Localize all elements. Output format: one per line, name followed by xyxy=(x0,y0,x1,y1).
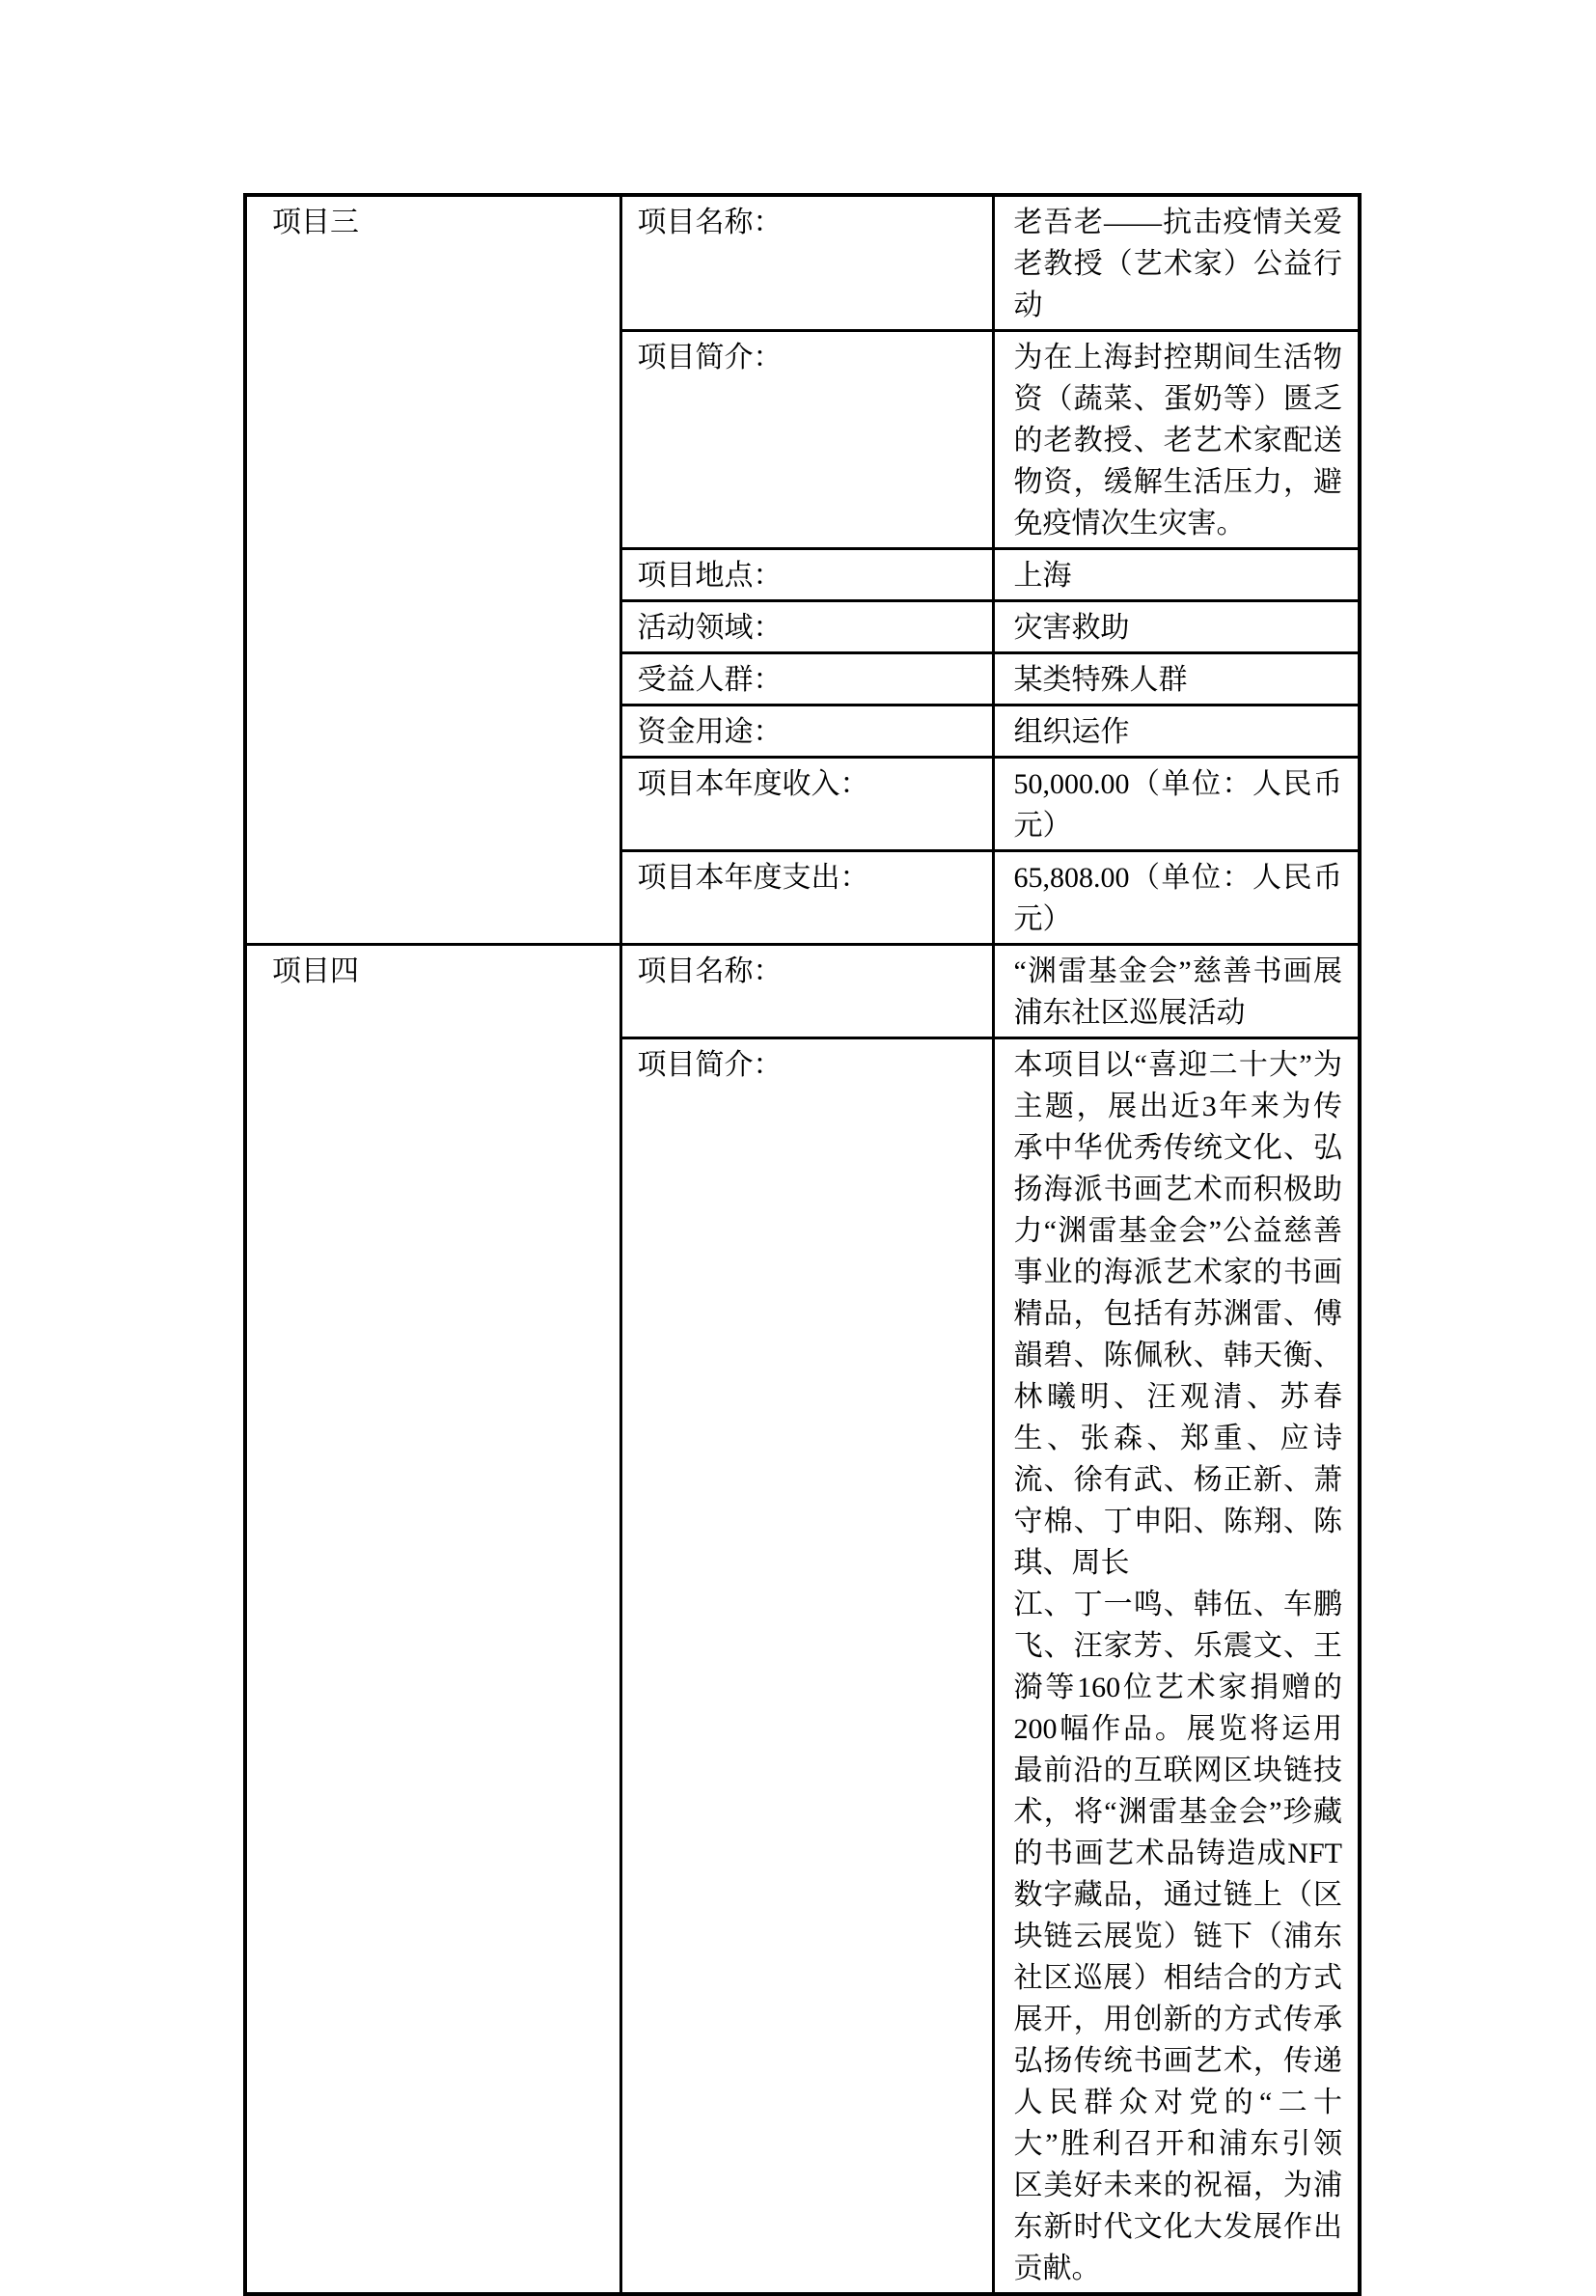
field-label-cell: 项目本年度收入： xyxy=(620,758,993,851)
field-value-cell: 灾害救助 xyxy=(993,601,1360,653)
project-group-cell: 项目四 xyxy=(245,945,620,2295)
field-value-cell: 组织运作 xyxy=(993,705,1360,758)
projects-table: 项目三 项目名称： 老吾老——抗击疫情关爱老教授（艺术家）公益行动 项目简介： … xyxy=(243,193,1362,2296)
field-label-cell: 项目本年度支出： xyxy=(620,851,993,945)
field-label-cell: 项目简介： xyxy=(620,331,993,549)
field-value-cell: 某类特殊人群 xyxy=(993,653,1360,705)
field-value-cell: 为在上海封控期间生活物资（蔬菜、蛋奶等）匮乏的老教授、老艺术家配送物资，缓解生活… xyxy=(993,331,1360,549)
table-row: 项目三 项目名称： 老吾老——抗击疫情关爱老教授（艺术家）公益行动 xyxy=(245,195,1360,331)
field-label-cell: 项目地点： xyxy=(620,549,993,601)
field-label-cell: 项目名称： xyxy=(620,195,993,331)
field-value-cell: 65,808.00（单位：人民币元） xyxy=(993,851,1360,945)
field-value-cell: “渊雷基金会”慈善书画展浦东社区巡展活动 xyxy=(993,945,1360,1038)
field-label-cell: 活动领域： xyxy=(620,601,993,653)
field-label-cell: 受益人群： xyxy=(620,653,993,705)
field-value-cell: 老吾老——抗击疫情关爱老教授（艺术家）公益行动 xyxy=(993,195,1360,331)
field-value-cell: 本项目以“喜迎二十大”为主题，展出近3年来为传承中华优秀传统文化、弘扬海派书画艺… xyxy=(993,1038,1360,2295)
field-label-cell: 项目简介： xyxy=(620,1038,993,2295)
field-value-cell: 50,000.00（单位：人民币元） xyxy=(993,758,1360,851)
field-label-cell: 资金用途： xyxy=(620,705,993,758)
table-row: 项目四 项目名称： “渊雷基金会”慈善书画展浦东社区巡展活动 xyxy=(245,945,1360,1038)
field-label-cell: 项目名称： xyxy=(620,945,993,1038)
project-group-cell: 项目三 xyxy=(245,195,620,945)
field-value-cell: 上海 xyxy=(993,549,1360,601)
